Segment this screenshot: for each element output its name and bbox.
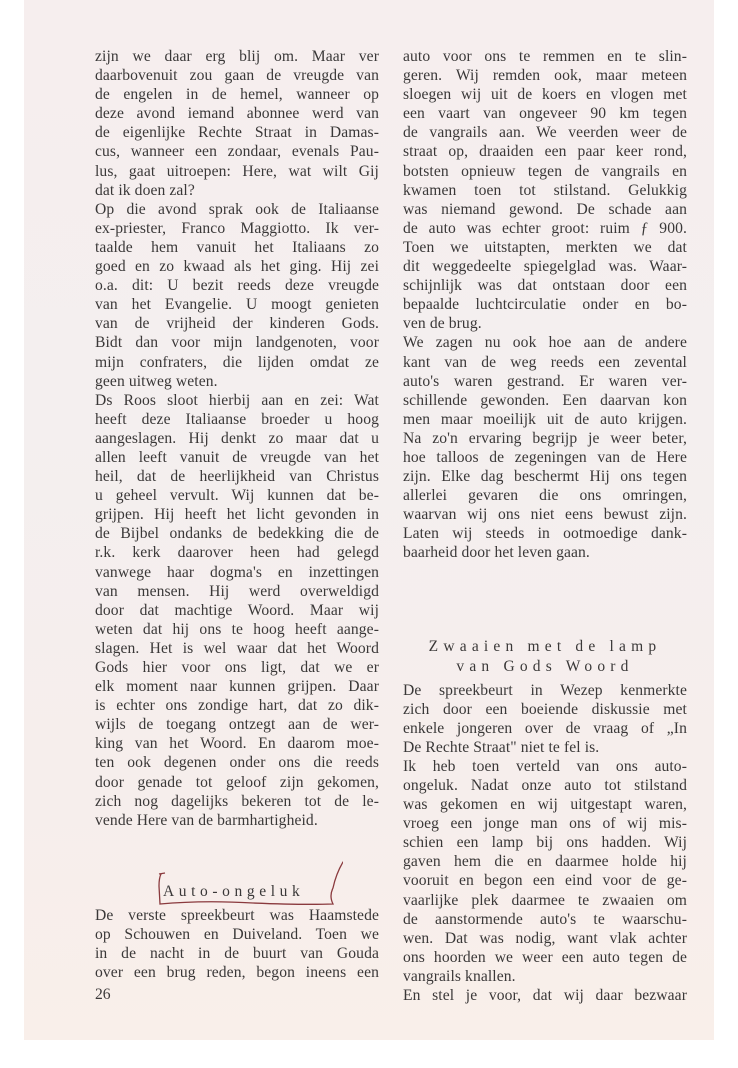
text-line: geen uitweg weten. <box>95 372 379 391</box>
text-line: De Rechte Straat" niet te fel is. <box>403 738 687 757</box>
text-line: mijn confraters, die lijden omdat ze <box>95 353 379 372</box>
text-line: geren. Wij remden ook, maar meteen <box>403 66 687 85</box>
text-line-content: aangeslagen. Hij denkt zo maar dat u <box>95 429 379 448</box>
text-line-content: wijls de toegang ontzegt aan de wer- <box>95 715 379 734</box>
text-line: gaven hem die en daarmee holde hij <box>403 852 687 871</box>
text-line: op Schouwen en Duiveland. Toen we <box>95 925 379 944</box>
text-line: weten dat hij ons te hoog heeft aange- <box>95 620 379 639</box>
text-line-content: heil, dat de heerlijkheid van Christus <box>95 467 379 486</box>
text-line: van het Evangelie. U moogt genieten <box>95 295 379 314</box>
text-line-content: r.k. kerk daarover heen had gelegd <box>95 543 379 562</box>
text-line: Ik heb toen verteld van ons auto- <box>403 757 687 776</box>
text-line-content: Laten wij steeds in ootmoedige dank- <box>403 524 687 543</box>
text-line: men maar moeilijk uit de auto krijgen. <box>403 410 687 429</box>
section-heading-text: Auto-ongeluk <box>163 882 304 901</box>
text-line: vaarlijke plek daarmee te zwaaien om <box>403 891 687 910</box>
left-column: zijn we daar erg blij om. Maar ver daarb… <box>95 47 379 982</box>
spacer <box>403 563 687 637</box>
text-line: de aanstormende auto's te waarschu- <box>403 910 687 929</box>
text-line: wijls de toegang ontzegt aan de wer- <box>95 715 379 734</box>
paragraph: auto voor ons te remmen en te slin- gere… <box>403 47 687 333</box>
text-line-content: o.a. dit: U bezit reeds deze vreugde <box>95 276 379 295</box>
text-line: deze avond iemand abonnee werd van <box>95 104 379 123</box>
text-line: ons hoorden we weer een auto tegen de <box>403 948 687 967</box>
text-line-content: schien een lamp bij ons hadden. Wij <box>403 833 687 852</box>
text-line: Bidt dan voor mijn landgenoten, voor <box>95 333 379 352</box>
text-line: ex-priester, Franco Maggiotto. Ik ver- <box>95 219 379 238</box>
text-line-content: We zagen nu ook hoe aan de andere <box>403 333 687 352</box>
text-line: hoe talloos de zegeningen van de Here <box>403 448 687 467</box>
text-line: allerlei gevaren die ons omringen, <box>403 486 687 505</box>
paragraph: De spreekbeurt in Wezep kenmerkte zich d… <box>403 681 687 757</box>
text-line: De spreekbeurt in Wezep kenmerkte <box>403 681 687 700</box>
text-line-content: De verste spreekbeurt was Haamstede <box>95 906 379 925</box>
paragraph: Ds Roos sloot hierbij aan en zei: Wat he… <box>95 391 379 830</box>
text-line-content: de aanstormende auto's te waarschu- <box>403 910 687 929</box>
text-line: ten ook degenen onder ons die reeds <box>95 753 379 772</box>
text-line: Gods hier voor ons ligt, dat we er <box>95 658 379 677</box>
text-line-content: Bidt dan voor mijn landgenoten, voor <box>95 333 379 352</box>
text-line-content: in de nacht in de buurt van Gouda <box>95 944 379 963</box>
text-line-content: allen leeft vanuit de vreugde van het <box>95 448 379 467</box>
text-line: de vangrails aan. We veerden weer de <box>403 123 687 142</box>
text-line: was niemand gewond. De schade aan <box>403 200 687 219</box>
text-line: daarbovenuit zou gaan de vreugde van <box>95 66 379 85</box>
text-line-content: taalde hem vanuit het Italiaans zo <box>95 238 379 257</box>
text-line-content: goed en zo kwaad als het ging. Hij zei <box>95 257 379 276</box>
text-line: schijnlijk was dat ontstaan door een <box>403 276 687 295</box>
text-line-content: geen uitweg weten. <box>95 372 379 391</box>
text-line: goed en zo kwaad als het ging. Hij zei <box>95 257 379 276</box>
text-line-content: van het Evangelie. U moogt genieten <box>95 295 379 314</box>
text-line: o.a. dit: U bezit reeds deze vreugde <box>95 276 379 295</box>
text-line: dit weggedeelte spiegelglad was. Waar- <box>403 257 687 276</box>
text-line-content: was niemand gewond. De schade aan <box>403 200 687 219</box>
text-line-content: ex-priester, Franco Maggiotto. Ik ver- <box>95 219 379 238</box>
text-line: Toen we uitstapten, merkten we dat <box>403 238 687 257</box>
text-line: cus, wanneer een zondaar, evenals Pau- <box>95 142 379 161</box>
text-line: slagen. Het is wel waar dat het Woord <box>95 639 379 658</box>
text-line-content: dit weggedeelte spiegelglad was. Waar- <box>403 257 687 276</box>
text-line: kant van de weg reeds een zevental <box>403 353 687 372</box>
text-line: in de nacht in de buurt van Gouda <box>95 944 379 963</box>
text-line: vende Here van de barmhartigheid. <box>95 811 379 830</box>
text-line-content: op Schouwen en Duiveland. Toen we <box>95 925 379 944</box>
text-line: een vaart van ongeveer 90 km tegen <box>403 104 687 123</box>
section-heading-line: van Gods Woord <box>403 657 687 677</box>
text-line-content: auto voor ons te remmen en te slin- <box>403 47 687 66</box>
text-line-content: ten ook degenen onder ons die reeds <box>95 753 379 772</box>
text-line-content: de auto was echter groot: ruim ƒ 900. <box>403 219 687 238</box>
text-line: baarheid door het leven gaan. <box>403 543 687 562</box>
text-line: Op die avond sprak ook de Italiaanse <box>95 200 379 219</box>
text-line-content: vangrails knallen. <box>403 967 687 986</box>
text-line-content: sloegen wij uit de koers en vlogen met <box>403 85 687 104</box>
text-line-content: De Rechte Straat" niet te fel is. <box>403 738 687 757</box>
text-line: De verste spreekbeurt was Haamstede <box>95 906 379 925</box>
text-line: zijn we daar erg blij om. Maar ver <box>95 47 379 66</box>
text-line-content: ons hoorden we weer een auto tegen de <box>403 948 687 967</box>
text-line: Na zo'n ervaring begrijp je weer beter, <box>403 429 687 448</box>
text-line-content: ongeluk. Nadat onze auto tot stilstand <box>403 776 687 795</box>
text-line-content: zijn we daar erg blij om. Maar ver <box>95 47 379 66</box>
text-line: zijn. Elke dag beschermt Hij ons tegen <box>403 467 687 486</box>
text-line: zich nog dagelijks bekeren tot de le- <box>95 792 379 811</box>
text-line-content: ven de brug. <box>403 314 687 333</box>
text-line-content: En stel je voor, dat wij daar bezwaar <box>403 986 687 1005</box>
paragraph: We zagen nu ook hoe aan de andere kant v… <box>403 333 687 562</box>
text-line: r.k. kerk daarover heen had gelegd <box>95 543 379 562</box>
text-line-content: van mensen. Hij werd overweldigd <box>95 582 379 601</box>
section-heading-auto-ongeluk: Auto-ongeluk <box>95 866 379 906</box>
text-line-content: waarvan wij ons niet eens bewust zijn. <box>403 505 687 524</box>
text-line-content: slagen. Het is wel waar dat het Woord <box>95 639 379 658</box>
text-line: de eigenlijke Rechte Straat in Damas- <box>95 123 379 142</box>
text-line-content: Ik heb toen verteld van ons auto- <box>403 757 687 776</box>
paragraph: zijn we daar erg blij om. Maar ver daarb… <box>95 47 379 200</box>
text-line-content: auto's waren gestrand. Er waren ver- <box>403 372 687 391</box>
text-line-content: geren. Wij remden ook, maar meteen <box>403 66 687 85</box>
book-page: zijn we daar erg blij om. Maar ver daarb… <box>24 0 714 1040</box>
paragraph: En stel je voor, dat wij daar bezwaar <box>403 986 687 1005</box>
text-line-content: wen. Dat was nodig, want vlak achter <box>403 929 687 948</box>
text-line: vooruit en begon een eind voor de ge- <box>403 871 687 890</box>
text-line: straat op, draaiden een paar keer rond, <box>403 142 687 161</box>
text-line: We zagen nu ook hoe aan de andere <box>403 333 687 352</box>
text-line: ongeluk. Nadat onze auto tot stilstand <box>403 776 687 795</box>
text-line: bepaalde luchtcirculatie onder en bo- <box>403 295 687 314</box>
text-line: king van het Woord. En daarom moe- <box>95 734 379 753</box>
text-line-content: u geheel vervult. Wij kunnen dat be- <box>95 486 379 505</box>
text-line-content: De spreekbeurt in Wezep kenmerkte <box>403 681 687 700</box>
text-line-content: zich door een boeiende diskussie met <box>403 700 687 719</box>
paragraph: Ik heb toen verteld van ons auto- ongelu… <box>403 757 687 986</box>
text-line-content: deze avond iemand abonnee werd van <box>95 104 379 123</box>
text-line: dat ik doen zal? <box>95 181 379 200</box>
text-line: Ds Roos sloot hierbij aan en zei: Wat <box>95 391 379 410</box>
text-line-content: enkele jongeren over de vraag of „In <box>403 719 687 738</box>
text-line: wen. Dat was nodig, want vlak achter <box>403 929 687 948</box>
text-line: van mensen. Hij werd overweldigd <box>95 582 379 601</box>
text-line-content: king van het Woord. En daarom moe- <box>95 734 379 753</box>
page-number: 26 <box>95 986 111 1004</box>
text-line: vroeg een jonge man ons of wij mis- <box>403 814 687 833</box>
text-line-content: kant van de weg reeds een zevental <box>403 353 687 372</box>
text-line: door dat machtige Woord. Maar wij <box>95 601 379 620</box>
text-line: was gekomen en wij uitgestapt waren, <box>403 795 687 814</box>
text-line: zich door een boeiende diskussie met <box>403 700 687 719</box>
text-line: allen leeft vanuit de vreugde van het <box>95 448 379 467</box>
text-line-content: Ds Roos sloot hierbij aan en zei: Wat <box>95 391 379 410</box>
text-line-content: Toen we uitstapten, merkten we dat <box>403 238 687 257</box>
text-line-content: schijnlijk was dat ontstaan door een <box>403 276 687 295</box>
text-line: de Bijbel ondanks de bedekking die de <box>95 524 379 543</box>
text-line: botsten opnieuw tegen de vangrails en <box>403 162 687 181</box>
text-line: is echter ons zondige hart, dat zo dik- <box>95 696 379 715</box>
text-line-content: Op die avond sprak ook de Italiaanse <box>95 200 379 219</box>
text-line: door genade tot geloof zijn gekomen, <box>95 773 379 792</box>
text-line: de engelen in de hemel, wanneer op <box>95 85 379 104</box>
text-line-content: heeft deze Italiaanse broeder u hoog <box>95 410 379 429</box>
section-heading-zwaaien: Zwaaien met de lamp van Gods Woord <box>403 637 687 677</box>
text-line: auto's waren gestrand. Er waren ver- <box>403 372 687 391</box>
text-line-content: de Bijbel ondanks de bedekking die de <box>95 524 379 543</box>
right-column: auto voor ons te remmen en te slin- gere… <box>403 47 687 1005</box>
text-line: sloegen wij uit de koers en vlogen met <box>403 85 687 104</box>
text-line-content: vaarlijke plek daarmee te zwaaien om <box>403 891 687 910</box>
text-line: vanwege haar dogma's en inzettingen <box>95 563 379 582</box>
text-line-content: een vaart van ongeveer 90 km tegen <box>403 104 687 123</box>
text-line-content: de engelen in de hemel, wanneer op <box>95 85 379 104</box>
text-line-content: grijpen. Hij heeft het licht gevonden in <box>95 505 379 524</box>
text-line: kwamen toen tot stilstand. Gelukkig <box>403 181 687 200</box>
text-line-content: elk moment naar kunnen grijpen. Daar <box>95 677 379 696</box>
text-line-content: vroeg een jonge man ons of wij mis- <box>403 814 687 833</box>
text-line-content: straat op, draaiden een paar keer rond, <box>403 142 687 161</box>
text-line: elk moment naar kunnen grijpen. Daar <box>95 677 379 696</box>
paragraph: De verste spreekbeurt was Haamstede op S… <box>95 906 379 982</box>
text-line: waarvan wij ons niet eens bewust zijn. <box>403 505 687 524</box>
text-line-content: allerlei gevaren die ons omringen, <box>403 486 687 505</box>
text-line-content: door dat machtige Woord. Maar wij <box>95 601 379 620</box>
text-line: auto voor ons te remmen en te slin- <box>403 47 687 66</box>
text-line: lus, gaat uitroepen: Here, wat wilt Gij <box>95 162 379 181</box>
text-line-content: daarbovenuit zou gaan de vreugde van <box>95 66 379 85</box>
text-line-content: vende Here van de barmhartigheid. <box>95 811 379 830</box>
text-line-content: Na zo'n ervaring begrijp je weer beter, <box>403 429 687 448</box>
text-line-content: gaven hem die en daarmee holde hij <box>403 852 687 871</box>
text-line: van de vrijheid der kinderen Gods. <box>95 314 379 333</box>
text-line-content: zich nog dagelijks bekeren tot de le- <box>95 792 379 811</box>
text-line: En stel je voor, dat wij daar bezwaar <box>403 986 687 1005</box>
text-line-content: de eigenlijke Rechte Straat in Damas- <box>95 123 379 142</box>
text-line-content: hoe talloos de zegeningen van de Here <box>403 448 687 467</box>
text-line: enkele jongeren over de vraag of „In <box>403 719 687 738</box>
text-line: taalde hem vanuit het Italiaans zo <box>95 238 379 257</box>
text-line-content: mijn confraters, die lijden omdat ze <box>95 353 379 372</box>
paragraph: Op die avond sprak ook de Italiaanse ex-… <box>95 200 379 391</box>
text-line-content: door genade tot geloof zijn gekomen, <box>95 773 379 792</box>
text-line: heil, dat de heerlijkheid van Christus <box>95 467 379 486</box>
text-line-content: bepaalde luchtcirculatie onder en bo- <box>403 295 687 314</box>
text-line-content: lus, gaat uitroepen: Here, wat wilt Gij <box>95 162 379 181</box>
text-line-content: van de vrijheid der kinderen Gods. <box>95 314 379 333</box>
text-line-content: botsten opnieuw tegen de vangrails en <box>403 162 687 181</box>
text-line: vangrails knallen. <box>403 967 687 986</box>
text-line-content: baarheid door het leven gaan. <box>403 543 687 562</box>
text-line: u geheel vervult. Wij kunnen dat be- <box>95 486 379 505</box>
text-line-content: men maar moeilijk uit de auto krijgen. <box>403 410 687 429</box>
text-line-content: kwamen toen tot stilstand. Gelukkig <box>403 181 687 200</box>
text-line-content: over een brug reden, begon ineens een <box>95 963 379 982</box>
text-line-content: schillende gewonden. Een daarvan kon <box>403 391 687 410</box>
text-line-content: de vangrails aan. We veerden weer de <box>403 123 687 142</box>
text-line: heeft deze Italiaanse broeder u hoog <box>95 410 379 429</box>
text-line: Laten wij steeds in ootmoedige dank- <box>403 524 687 543</box>
text-line-content: zijn. Elke dag beschermt Hij ons tegen <box>403 467 687 486</box>
text-line-content: was gekomen en wij uitgestapt waren, <box>403 795 687 814</box>
text-line-content: is echter ons zondige hart, dat zo dik- <box>95 696 379 715</box>
text-line: ven de brug. <box>403 314 687 333</box>
text-line: aangeslagen. Hij denkt zo maar dat u <box>95 429 379 448</box>
text-line: schien een lamp bij ons hadden. Wij <box>403 833 687 852</box>
text-line: over een brug reden, begon ineens een <box>95 963 379 982</box>
text-line-content: cus, wanneer een zondaar, evenals Pau- <box>95 142 379 161</box>
text-line-content: weten dat hij ons te hoog heeft aange- <box>95 620 379 639</box>
text-line-content: dat ik doen zal? <box>95 181 379 200</box>
text-line: grijpen. Hij heeft het licht gevonden in <box>95 505 379 524</box>
text-line-content: Gods hier voor ons ligt, dat we er <box>95 658 379 677</box>
text-line-content: vooruit en begon een eind voor de ge- <box>403 871 687 890</box>
section-heading-line: Zwaaien met de lamp <box>403 637 687 657</box>
text-line: schillende gewonden. Een daarvan kon <box>403 391 687 410</box>
text-line-content: vanwege haar dogma's en inzettingen <box>95 563 379 582</box>
text-line: de auto was echter groot: ruim ƒ 900. <box>403 219 687 238</box>
